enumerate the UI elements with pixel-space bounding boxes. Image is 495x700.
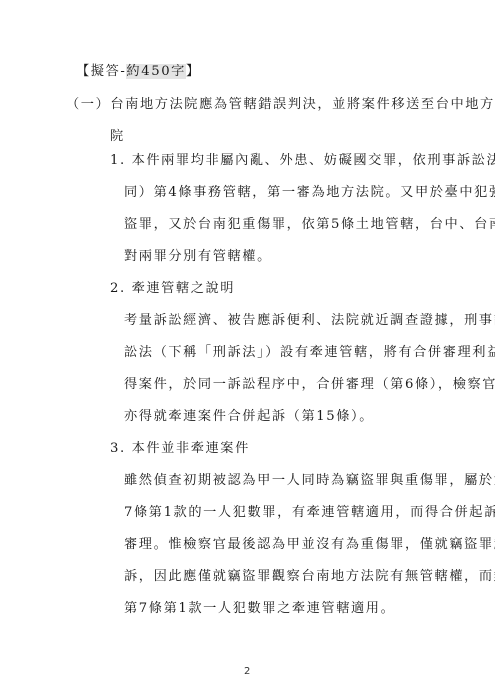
item-3-line: 7條第1款的一人犯數罪，有牽連管轄適用，而得合併起訴與: [124, 505, 495, 521]
section-title: （一）台南地方法院應為管轄錯誤判決，並將案件移送至台中地方法: [66, 97, 495, 113]
item-1-line: 對兩罪分別有管轄權。: [124, 249, 272, 265]
answer-heading: 【擬答-約450字】: [76, 64, 201, 80]
item-1-heading: 1. 本件兩罪均非屬內亂、外患、妨礙國交罪，依刑事訴訟法（下: [110, 153, 495, 169]
item-2-line: 訟法（下稱「刑訴法」）設有牽連管轄，將有合併審理利益: [124, 345, 495, 361]
item-3-heading: 3. 本件並非牽連案件: [110, 441, 250, 457]
item-2-line: 考量訴訟經濟、被告應訴便利、法院就近調查證據，刑事訴: [124, 313, 495, 329]
section-title-line2: 院: [110, 129, 125, 145]
item-3-line: 第7條第1款一人犯數罪之牽連管轄適用。: [124, 601, 395, 617]
item-1-line: 同）第4條事務管轄，第一審為地方法院。又甲於臺中犯強: [124, 185, 495, 201]
heading-prefix: 【擬答-: [76, 64, 126, 79]
heading-suffix: 】: [186, 64, 201, 79]
item-3-line: 雖然偵查初期被認為甲一人同時為竊盜罪與重傷罪，屬於第: [124, 473, 495, 489]
item-3-line: 訴，因此應僅就竊盜罪觀察台南地方法院有無管轄權，而無: [124, 569, 495, 585]
item-3-line: 審理。惟檢察官最後認為甲並沒有為重傷罪，僅就竊盜罪起: [124, 537, 495, 553]
section-marker: （一）: [66, 97, 110, 112]
section-title-line1: 台南地方法院應為管轄錯誤判決，並將案件移送至台中地方法: [110, 97, 495, 112]
word-count-highlight: 約450字: [126, 64, 186, 79]
item-2-line: 得案件，於同一訴訟程序中，合併審理（第6條），檢察官: [124, 377, 495, 393]
page-number: 2: [244, 666, 250, 677]
item-2-line: 亦得就牽連案件合併起訴（第15條）。: [124, 409, 374, 425]
item-1-line: 盜罪，又於台南犯重傷罪，依第5條土地管轄，台中、台南: [124, 217, 495, 233]
item-2-heading: 2. 牽連管轄之說明: [110, 281, 235, 297]
